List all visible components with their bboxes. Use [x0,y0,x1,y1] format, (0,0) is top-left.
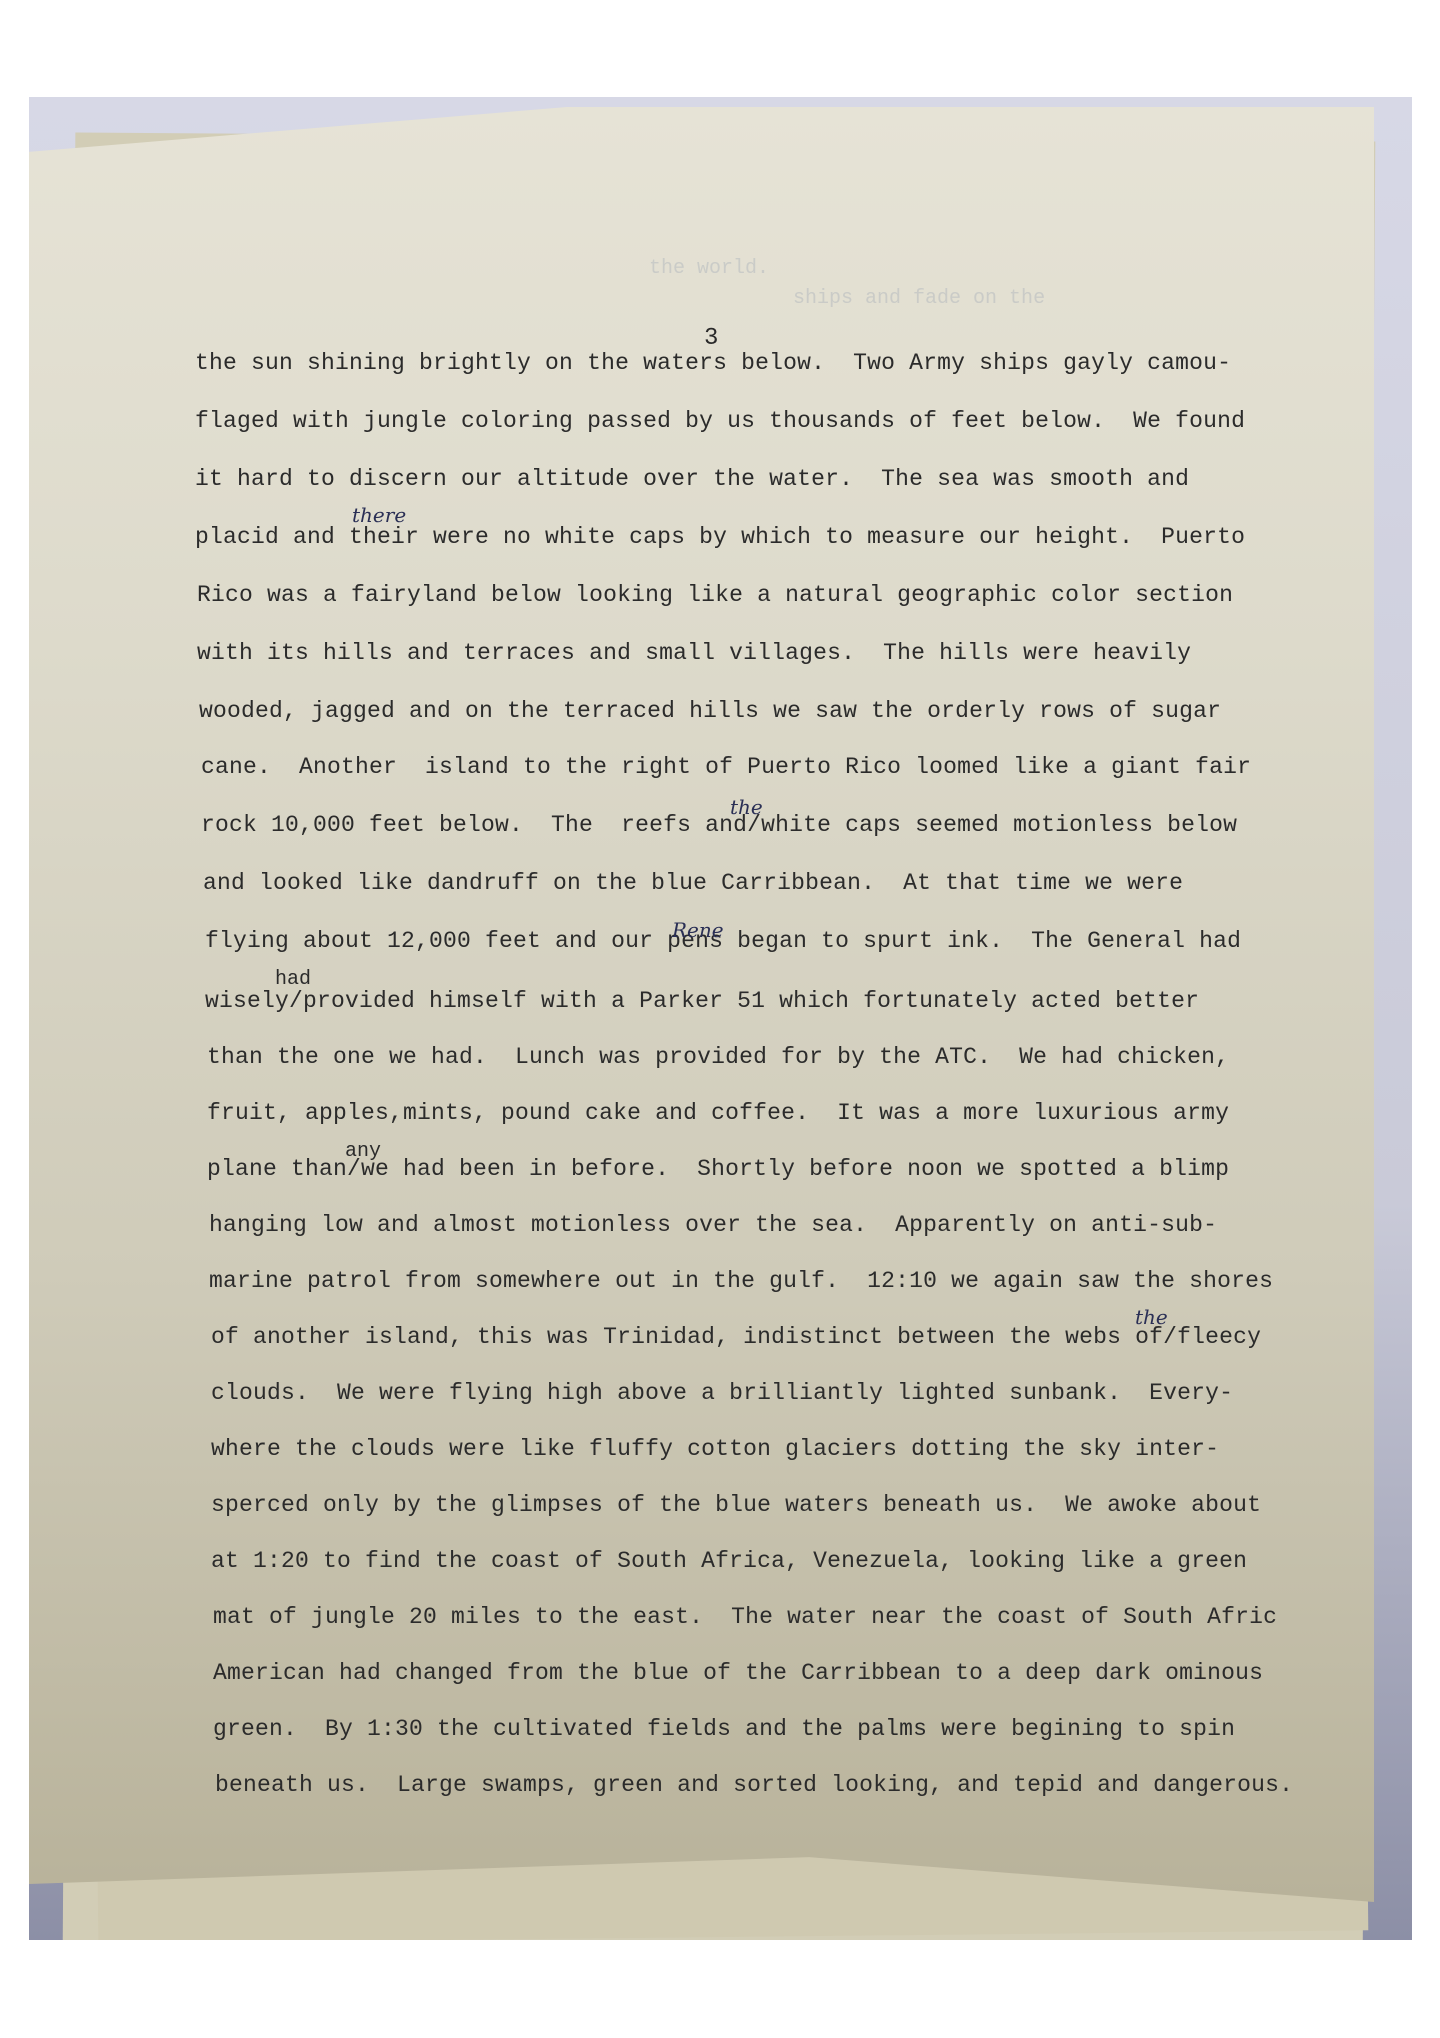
text-line: sperced only by the glimpses of the blue… [211,1492,1261,1518]
text-line: the sun shining brightly on the waters b… [195,350,1231,376]
text-line: wooded, jagged and on the terraced hills… [199,698,1221,724]
text-line: of another island, this was Trinidad, in… [211,1324,1261,1350]
text-line: wisely/provided himself with a Parker 51… [205,988,1199,1014]
text-line: marine patrol from somewhere out in the … [209,1268,1273,1294]
text-line: placid and their were no white caps by w… [195,524,1245,550]
page-number: 3 [704,325,718,352]
handwritten-annotation: the [1135,1305,1168,1329]
text-line: rock 10,000 feet below. The reefs and/wh… [201,812,1237,838]
text-line: than the one we had. Lunch was provided … [207,1044,1229,1070]
typed-insertion: any [345,1140,381,1163]
text-line: where the clouds were like fluffy cotton… [211,1436,1219,1462]
text-line: and looked like dandruff on the blue Car… [203,870,1183,896]
text-line: beneath us. Large swamps, green and sort… [215,1772,1293,1798]
text-line: green. By 1:30 the cultivated fields and… [213,1716,1235,1742]
text-line: flaged with jungle coloring passed by us… [195,408,1245,434]
text-line: clouds. We were flying high above a bril… [211,1380,1233,1406]
handwritten-annotation: Rene [672,918,724,942]
text-line: at 1:20 to find the coast of South Afric… [211,1548,1247,1574]
bleed-through-text: ships and fade on the [649,287,1045,310]
text-line: Rico was a fairyland below looking like … [197,582,1233,608]
text-line: with its hills and terraces and small vi… [197,640,1191,666]
handwritten-annotation: there [352,503,406,527]
text-line: it hard to discern our altitude over the… [195,466,1189,492]
text-line: cane. Another island to the right of Pue… [201,754,1251,780]
text-line: American had changed from the blue of th… [213,1660,1263,1686]
text-line: fruit, apples,mints, pound cake and coff… [207,1100,1229,1126]
text-line: mat of jungle 20 miles to the east. The … [213,1604,1277,1630]
text-line: hanging low and almost motionless over t… [209,1212,1217,1238]
bleed-through-text: the world. [649,257,769,280]
handwritten-annotation: the [730,795,763,819]
typed-insertion: had [275,968,311,991]
